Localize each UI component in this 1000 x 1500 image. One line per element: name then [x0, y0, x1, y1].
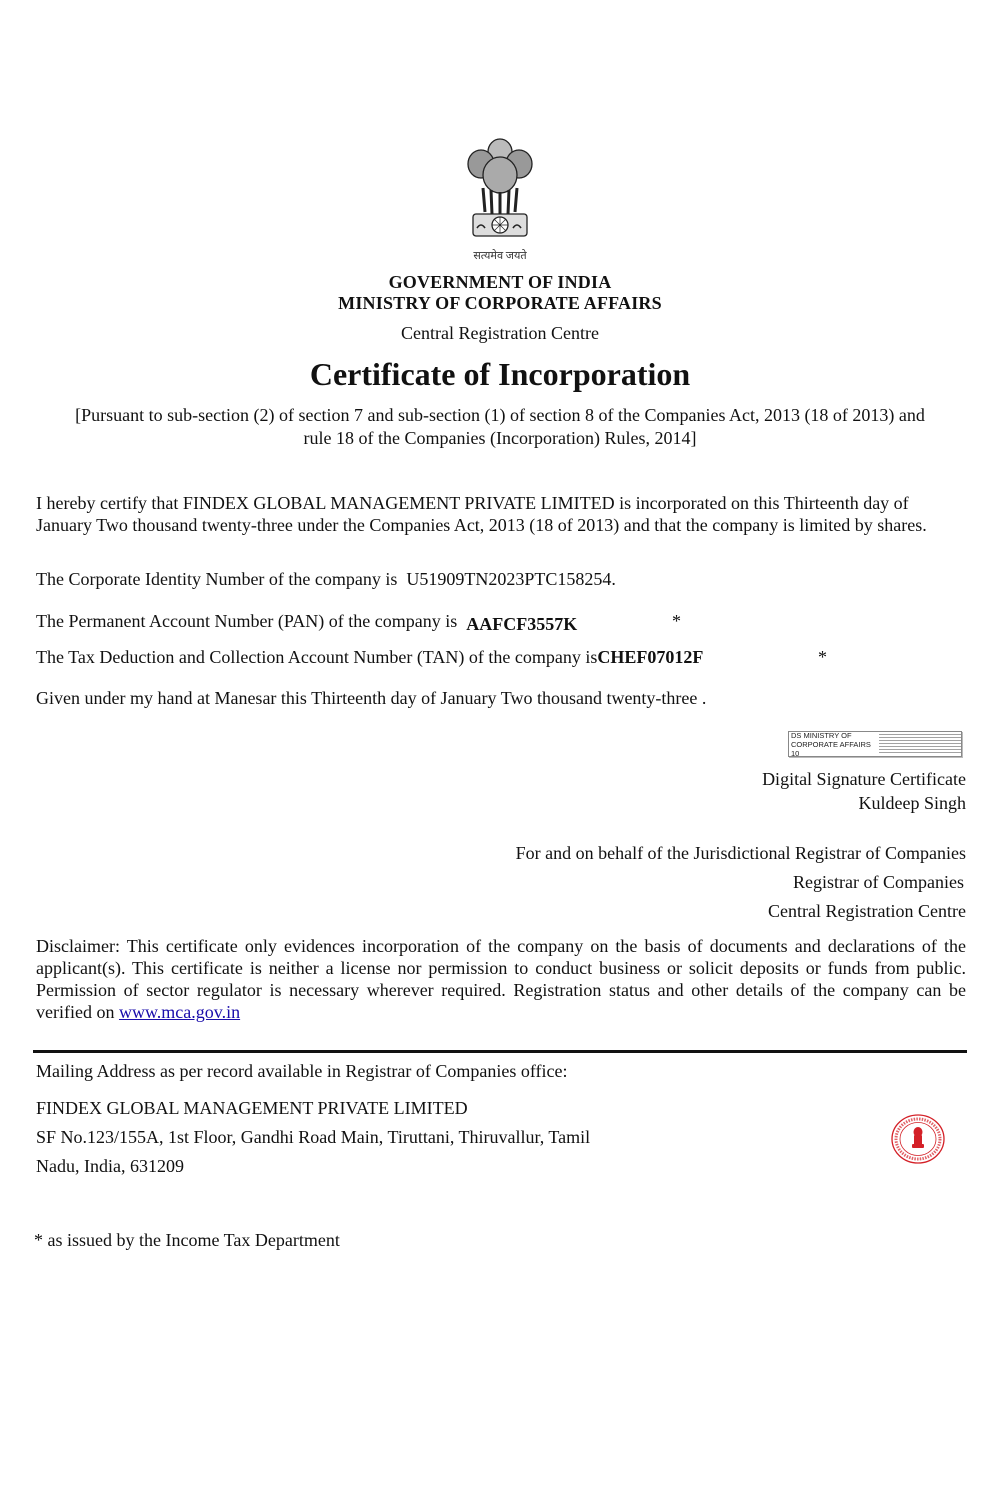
given-statement: Given under my hand at Manesar this Thir…: [36, 687, 966, 709]
tan-asterisk: *: [818, 646, 827, 668]
mailing-address: FINDEX GLOBAL MANAGEMENT PRIVATE LIMITED…: [36, 1094, 676, 1181]
emblem-motto: सत्यमेव जयते: [0, 248, 1000, 263]
cin-line: The Corporate Identity Number of the com…: [36, 568, 966, 590]
pan-asterisk: *: [672, 610, 681, 632]
signature-details: [879, 734, 961, 754]
digital-signature-stamp: DS MINISTRY OF CORPORATE AFFAIRS 10: [788, 731, 962, 757]
national-emblem-icon: [455, 130, 545, 255]
behalf-line: For and on behalf of the Jurisdictional …: [516, 842, 966, 864]
cin-value: U51909TN2023PTC158254.: [406, 569, 616, 589]
mca-seal-icon: [888, 1113, 948, 1165]
government-name: GOVERNMENT OF INDIA: [0, 272, 1000, 293]
page-title: Certificate of Incorporation: [0, 356, 1000, 393]
signer-name: Kuldeep Singh: [859, 792, 967, 814]
company-name: FINDEX GLOBAL MANAGEMENT PRIVATE LIMITED: [36, 1094, 676, 1123]
signature-stamp-label: DS MINISTRY OF CORPORATE AFFAIRS 10: [791, 731, 877, 758]
section-divider: [33, 1050, 967, 1053]
footnote: * as issued by the Income Tax Department: [34, 1230, 340, 1251]
tan-label: The Tax Deduction and Collection Account…: [36, 647, 597, 667]
pan-line: The Permanent Account Number (PAN) of th…: [36, 610, 966, 632]
certification-statement: I hereby certify that FINDEX GLOBAL MANA…: [36, 492, 966, 536]
signer-role: Registrar of Companies: [793, 871, 964, 893]
mailing-address-heading: Mailing Address as per record available …: [36, 1061, 568, 1082]
pursuant-clause: [Pursuant to sub-section (2) of section …: [30, 404, 970, 450]
cin-label: The Corporate Identity Number of the com…: [36, 569, 397, 589]
tan-value: CHEF07012F: [597, 647, 703, 667]
signer-office: Central Registration Centre: [768, 900, 966, 922]
ministry-name: MINISTRY OF CORPORATE AFFAIRS: [0, 293, 1000, 314]
disclaimer: Disclaimer: This certificate only eviden…: [36, 935, 966, 1023]
mca-website-link[interactable]: www.mca.gov.in: [119, 1002, 240, 1022]
centre-name: Central Registration Centre: [0, 323, 1000, 344]
pan-value: AAFCF3557K: [466, 614, 577, 634]
government-heading: GOVERNMENT OF INDIA MINISTRY OF CORPORAT…: [0, 272, 1000, 314]
pursuant-line-2: rule 18 of the Companies (Incorporation)…: [30, 427, 970, 450]
address-line-2: Nadu, India, 631209: [36, 1152, 676, 1181]
digital-signature-label: Digital Signature Certificate: [762, 768, 966, 790]
address-line-1: SF No.123/155A, 1st Floor, Gandhi Road M…: [36, 1123, 676, 1152]
pan-label: The Permanent Account Number (PAN) of th…: [36, 611, 457, 631]
pursuant-line-1: [Pursuant to sub-section (2) of section …: [30, 404, 970, 427]
tan-line: The Tax Deduction and Collection Account…: [36, 646, 966, 668]
